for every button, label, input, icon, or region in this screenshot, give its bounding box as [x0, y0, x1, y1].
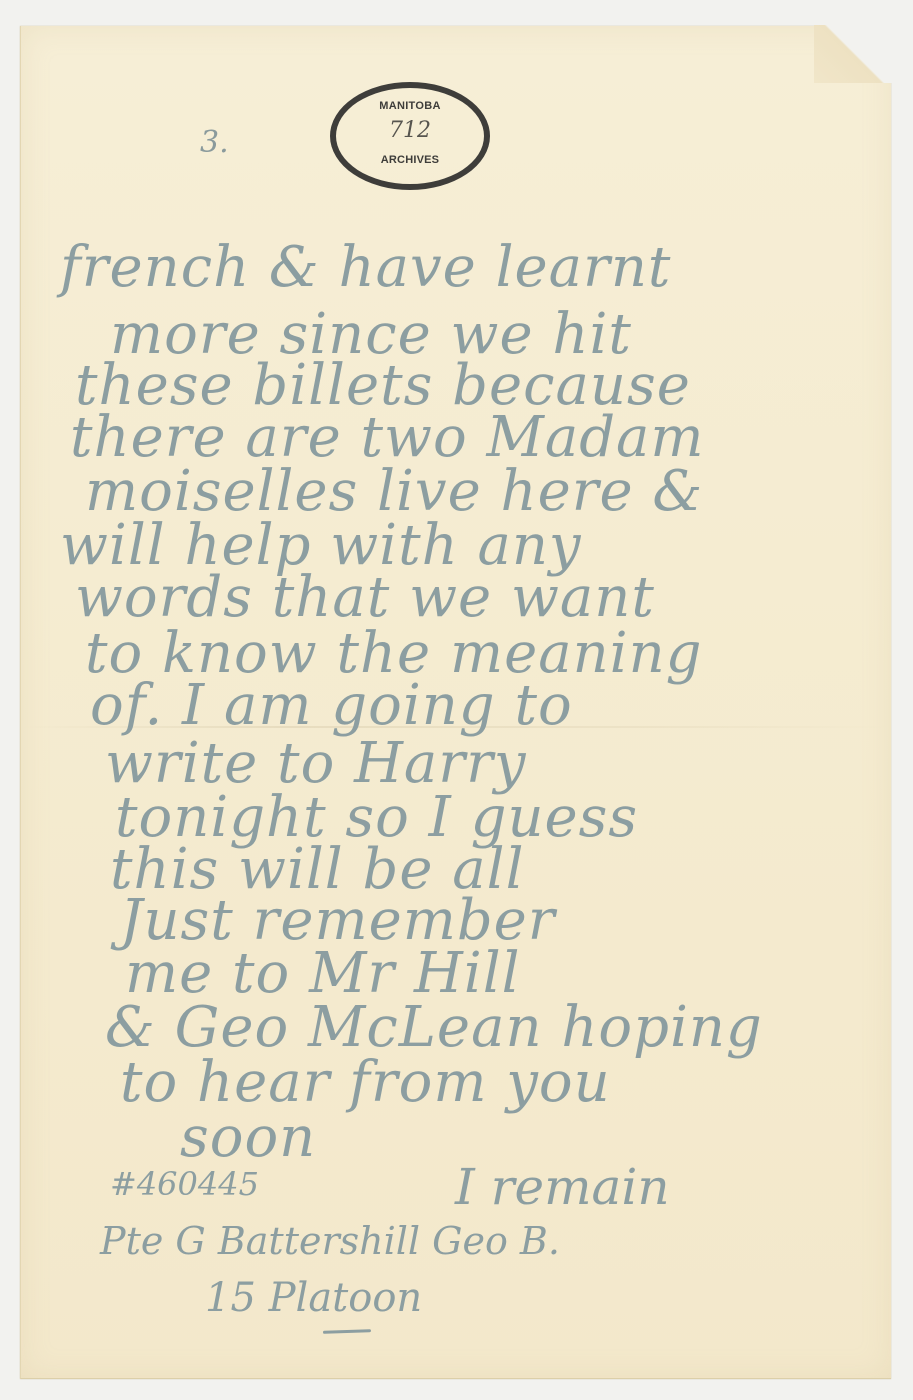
- letter-line: there are two Madam: [70, 410, 705, 466]
- page-number: 3.: [200, 125, 229, 160]
- letter-line: french & have learnt: [60, 240, 671, 296]
- service-number: #460445: [110, 1168, 259, 1200]
- folded-corner: [814, 25, 892, 83]
- letter-line: write to Harry: [105, 736, 526, 792]
- scanned-letter-page: 3. MANITOBA 712 ARCHIVES french & have l…: [0, 0, 913, 1400]
- letter-line: words that we want: [75, 570, 655, 626]
- signature-name: Pte G Battershill Geo B.: [100, 1222, 560, 1260]
- archive-stamp: MANITOBA 712 ARCHIVES: [330, 82, 490, 190]
- stamp-archive-name: MANITOBA: [336, 100, 484, 112]
- letter-closing: I remain: [455, 1162, 670, 1212]
- stamp-archive-label: ARCHIVES: [336, 154, 484, 166]
- letter-line: to hear from you: [120, 1055, 611, 1111]
- letter-line: soon: [180, 1110, 316, 1166]
- letter-line: of. I am going to: [90, 678, 573, 734]
- letter-line: me to Mr Hill: [125, 946, 521, 1002]
- letter-line: moiselles live here &: [85, 464, 703, 520]
- stamp-item-number: 712: [336, 118, 484, 143]
- unit-line: 15 Platoon: [205, 1278, 422, 1318]
- letter-line: & Geo McLean hoping: [105, 1000, 763, 1056]
